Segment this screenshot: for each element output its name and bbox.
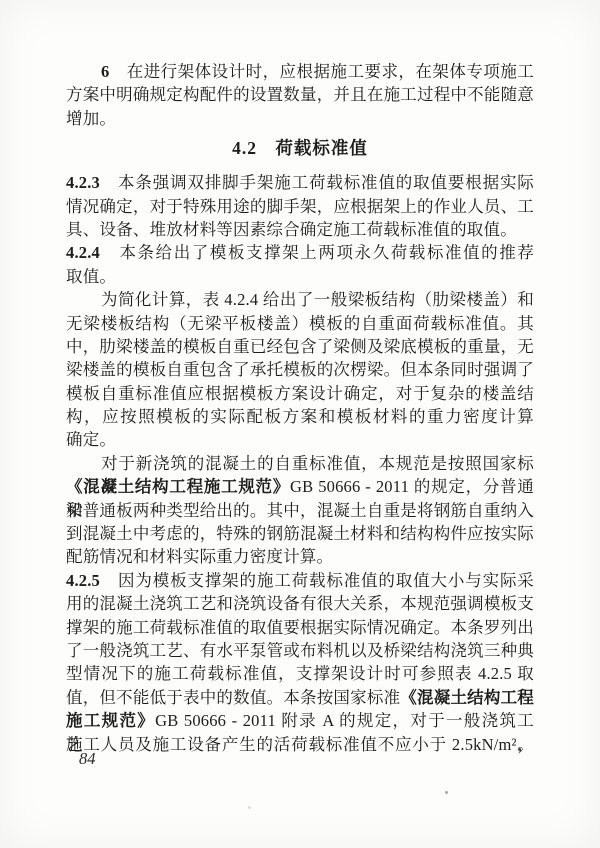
text-line: 为简化计算，表 4.2.4 给出了一般梁板结构（肋梁楼盖）和 xyxy=(66,288,534,311)
body-text-segment: 施工人员及施工设备产生的活荷载标准值不应小于 2.5kN/m²。 xyxy=(66,735,534,754)
body-text-segment: 本条强调双排脚手架施工荷载标准值的取值要根据实际 xyxy=(100,173,534,192)
text-line: 配筋情况和材料实际重力密度计算。 xyxy=(66,545,534,568)
body-text-segment: 具、设备、堆放材料等因素综合确定施工荷载标准值的取值。 xyxy=(66,220,517,239)
body-text-segment: 情况确定，对于特殊用途的脚手架，应根据架上的作业人员、工 xyxy=(66,197,534,216)
section-heading-4-2: 4.2 荷载标准值 xyxy=(66,135,534,162)
body-text-segment: 和普通板两种类型给出的。其中，混凝土自重是将钢筋自重纳入 xyxy=(66,501,534,520)
text-line: 对于新浇筑的混凝土的自重标准值，本规范是按照国家标准 xyxy=(66,452,534,475)
text-line: 梁楼盖的模板自重包含了承托模板的次楞梁。但本条同时强调了 xyxy=(66,358,534,381)
text-line: 值，但不能低于表中的数值。本条按国家标准《混凝土结构工程 xyxy=(66,686,534,709)
text-line: 4.2.3 本条强调双排脚手架施工荷载标准值的取值要根据实际 xyxy=(66,171,534,194)
text-line: 了一般浇筑工艺、有水平泵管或布料机以及桥梁结构浇筑三种典 xyxy=(66,639,534,662)
page-number: 84 xyxy=(79,749,96,769)
body-text-segment: 梁楼盖的模板自重包含了承托模板的次楞梁。但本条同时强调了 xyxy=(66,360,534,379)
text-line: 6 在进行架体设计时，应根据施工要求，在架体专项施工 xyxy=(66,60,534,83)
body-text-segment: 方案中明确规定构配件的设置数量，并且在施工过程中不能随意 xyxy=(66,85,534,104)
text-line: 确定。 xyxy=(66,428,534,451)
body-text-segment: 用的混凝土浇筑工艺和浇筑设备有很大关系，本规范强调模板支 xyxy=(66,594,534,613)
body-text-segment: 中，肋梁楼盖的模板自重已经包含了梁侧及梁底模板的重量，无 xyxy=(66,337,534,356)
body-text-segment: 无梁楼板结构（无梁平板楼盖）模板的自重面荷载标准值。其 xyxy=(66,314,534,333)
body-text-segment: 撑架的施工荷载标准值的取值要根据实际情况确定。本条罗列出 xyxy=(66,618,534,637)
body-text-segment: 增加。 xyxy=(66,109,116,128)
body-text-segment: 模板自重标准值应根据模板方案设计确定，对于复杂的楼盖结 xyxy=(66,384,534,403)
body-text-segment: 到混凝土中考虑的，特殊的钢筋混凝土材料和结构构件应按实际 xyxy=(66,524,534,543)
document-page: 6 在进行架体设计时，应根据施工要求，在架体专项施工方案中明确规定构配件的设置数… xyxy=(0,0,600,848)
text-line: 模板自重标准值应根据模板方案设计确定，对于复杂的楼盖结 xyxy=(66,382,534,405)
bold-text-segment: 《混凝土结构工程施工规范》 xyxy=(66,477,290,496)
bold-text-segment: 4.2.4 xyxy=(66,243,100,262)
bold-text-segment: 《混凝土结构工程 xyxy=(400,688,534,707)
body-text-segment: 配筋情况和材料实际重力密度计算。 xyxy=(66,547,333,566)
text-line: 具、设备、堆放材料等因素综合确定施工荷载标准值的取值。 xyxy=(66,218,534,241)
body-text-segment: 型情况下的施工荷载标准值，支撑架设计时可参照表 4.2.5 取 xyxy=(66,664,534,683)
text-line: 用的混凝土浇筑工艺和浇筑设备有很大关系，本规范强调模板支 xyxy=(66,592,534,615)
text-line: 取值。 xyxy=(66,265,534,288)
text-line: 到混凝土中考虑的，特殊的钢筋混凝土材料和结构构件应按实际 xyxy=(66,522,534,545)
text-line: 中，肋梁楼盖的模板自重已经包含了梁侧及梁底模板的重量，无 xyxy=(66,335,534,358)
bold-text-segment: 施工规范》 xyxy=(66,711,155,730)
body-text-segment: 为简化计算，表 4.2.4 给出了一般梁板结构（肋梁楼盖）和 xyxy=(101,290,534,309)
text-line: 4.2.4 本条给出了模板支撑架上两项永久荷载标准值的推荐 xyxy=(66,241,534,264)
text-line: 方案中明确规定构配件的设置数量，并且在施工过程中不能随意 xyxy=(66,83,534,106)
bold-text-segment: 4.2.5 xyxy=(66,571,100,590)
text-line: 《混凝土结构工程施工规范》GB 50666 - 2011 的规定，分普通梁 xyxy=(66,475,534,498)
text-line: 撑架的施工荷载标准值的取值要根据实际情况确定。本条罗列出 xyxy=(66,616,534,639)
scan-artifact-smudge xyxy=(248,806,251,809)
text-line: 施工人员及施工设备产生的活荷载标准值不应小于 2.5kN/m²。 xyxy=(66,733,534,756)
body-text-segment: 了一般浇筑工艺、有水平泵管或布料机以及桥梁结构浇筑三种典 xyxy=(66,641,534,660)
body-text-segment: 本条给出了模板支撑架上两项永久荷载标准值的推荐 xyxy=(100,243,534,262)
body-text-segment: 在进行架体设计时，应根据施工要求，在架体专项施工 xyxy=(109,62,534,81)
text-column: 6 在进行架体设计时，应根据施工要求，在架体专项施工方案中明确规定构配件的设置数… xyxy=(66,60,534,756)
text-line: 构，应按照模板的实际配板方案和模板材料的重力密度计算 xyxy=(66,405,534,428)
body-text-segment: 因为模板支撑架的施工荷载标准值的取值大小与实际采 xyxy=(100,571,534,590)
text-line: 和普通板两种类型给出的。其中，混凝土自重是将钢筋自重纳入 xyxy=(66,499,534,522)
text-line: 情况确定，对于特殊用途的脚手架，应根据架上的作业人员、工 xyxy=(66,195,534,218)
body-text-segment: 确定。 xyxy=(66,430,116,449)
text-line: 4.2.5 因为模板支撑架的施工荷载标准值的取值大小与实际采 xyxy=(66,569,534,592)
text-line: 增加。 xyxy=(66,107,534,130)
scan-artifact-dot xyxy=(445,791,448,794)
body-text-segment: 取值。 xyxy=(66,267,116,286)
text-line: 施工规范》GB 50666 - 2011 附录 A 的规定，对于一般浇筑工艺， xyxy=(66,709,534,732)
bold-text-segment: 4.2.3 xyxy=(66,173,100,192)
body-text-segment: 值，但不能低于表中的数值。本条按国家标准 xyxy=(66,688,400,707)
text-line: 无梁楼板结构（无梁平板楼盖）模板的自重面荷载标准值。其 xyxy=(66,312,534,335)
text-line: 型情况下的施工荷载标准值，支撑架设计时可参照表 4.2.5 取 xyxy=(66,662,534,685)
body-text-segment: 构，应按照模板的实际配板方案和模板材料的重力密度计算 xyxy=(66,407,534,426)
